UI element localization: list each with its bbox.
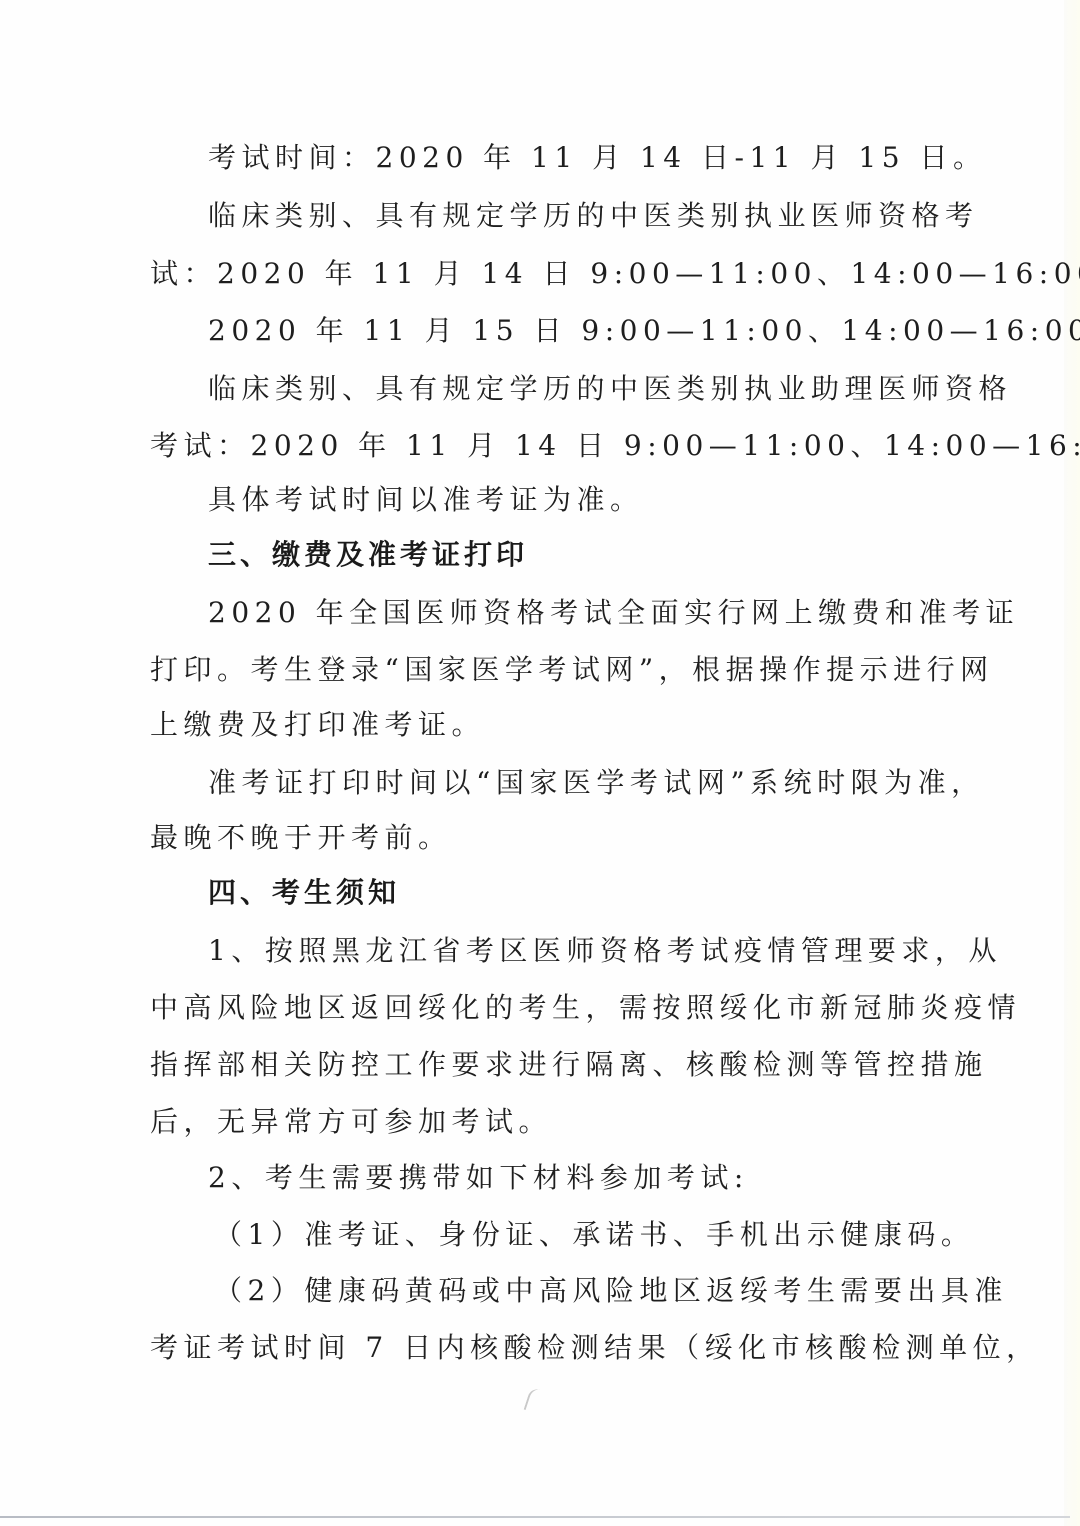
payment-para-line-3: 上缴费及打印准考证。 [150,707,485,743]
exam-time-note: 具体考试时间以准考证为准。 [208,482,644,518]
notice-2-item-2-line-2: 考证考试时间 7 日内核酸检测结果（绥化市核酸检测单位， [150,1330,1040,1366]
payment-para-line-2: 打印。考生登录“国家医学考试网”，根据操作提示进行网 [150,652,994,688]
section-heading-notice: 四、考生须知 [208,875,400,911]
physician-exam-line-2: 试：2020 年 11 月 14 日 9:00—11:00、14:00—16:0… [150,256,1080,292]
notice-1-line-4: 后，无异常方可参加考试。 [150,1104,552,1140]
notice-2-item-2-line-1: （2）健康码黄码或中高风险地区返绥考生需要出具准 [214,1273,1008,1309]
page-number-mark [524,1387,543,1414]
notice-1-line-3: 指挥部相关防控工作要求进行隔离、核酸检测等管控措施 [150,1047,988,1083]
notice-2-item-1: （1）准考证、身份证、承诺书、手机出示健康码。 [214,1217,974,1253]
exam-time-line: 考试时间：2020 年 11 月 14 日-11 月 15 日。 [208,140,986,176]
physician-exam-line-1: 临床类别、具有规定学历的中医类别执业医师资格考 [208,198,979,234]
print-time-line-2: 最晚不晚于开考前。 [150,820,452,856]
print-time-line-1: 准考证打印时间以“国家医学考试网”系统时限为准， [208,765,985,801]
physician-exam-line-3: 2020 年 11 月 15 日 9:00—11:00、14:00—16:00。 [208,313,1080,349]
notice-1-line-1: 1、按照黑龙江省考区医师资格考试疫情管理要求，从 [208,933,1002,969]
notice-2-line: 2、考生需要携带如下材料参加考试: [208,1160,749,1196]
section-heading-payment: 三、缴费及准考证打印 [208,537,528,573]
scan-edge-bottom [0,1516,1070,1518]
assistant-exam-line-2: 考试：2020 年 11 月 14 日 9:00—11:00、14:00—16:… [150,428,1080,464]
document-page: 考试时间：2020 年 11 月 14 日-11 月 15 日。 临床类别、具有… [0,0,1080,1526]
notice-1-line-2: 中高风险地区返回绥化的考生，需按照绥化市新冠肺炎疫情 [150,990,1021,1026]
assistant-exam-line-1: 临床类别、具有规定学历的中医类别执业助理医师资格 [208,371,1012,407]
payment-para-line-1: 2020 年全国医师资格考试全面实行网上缴费和准考证 [208,595,1019,631]
scan-edge-right [1064,0,1080,1526]
